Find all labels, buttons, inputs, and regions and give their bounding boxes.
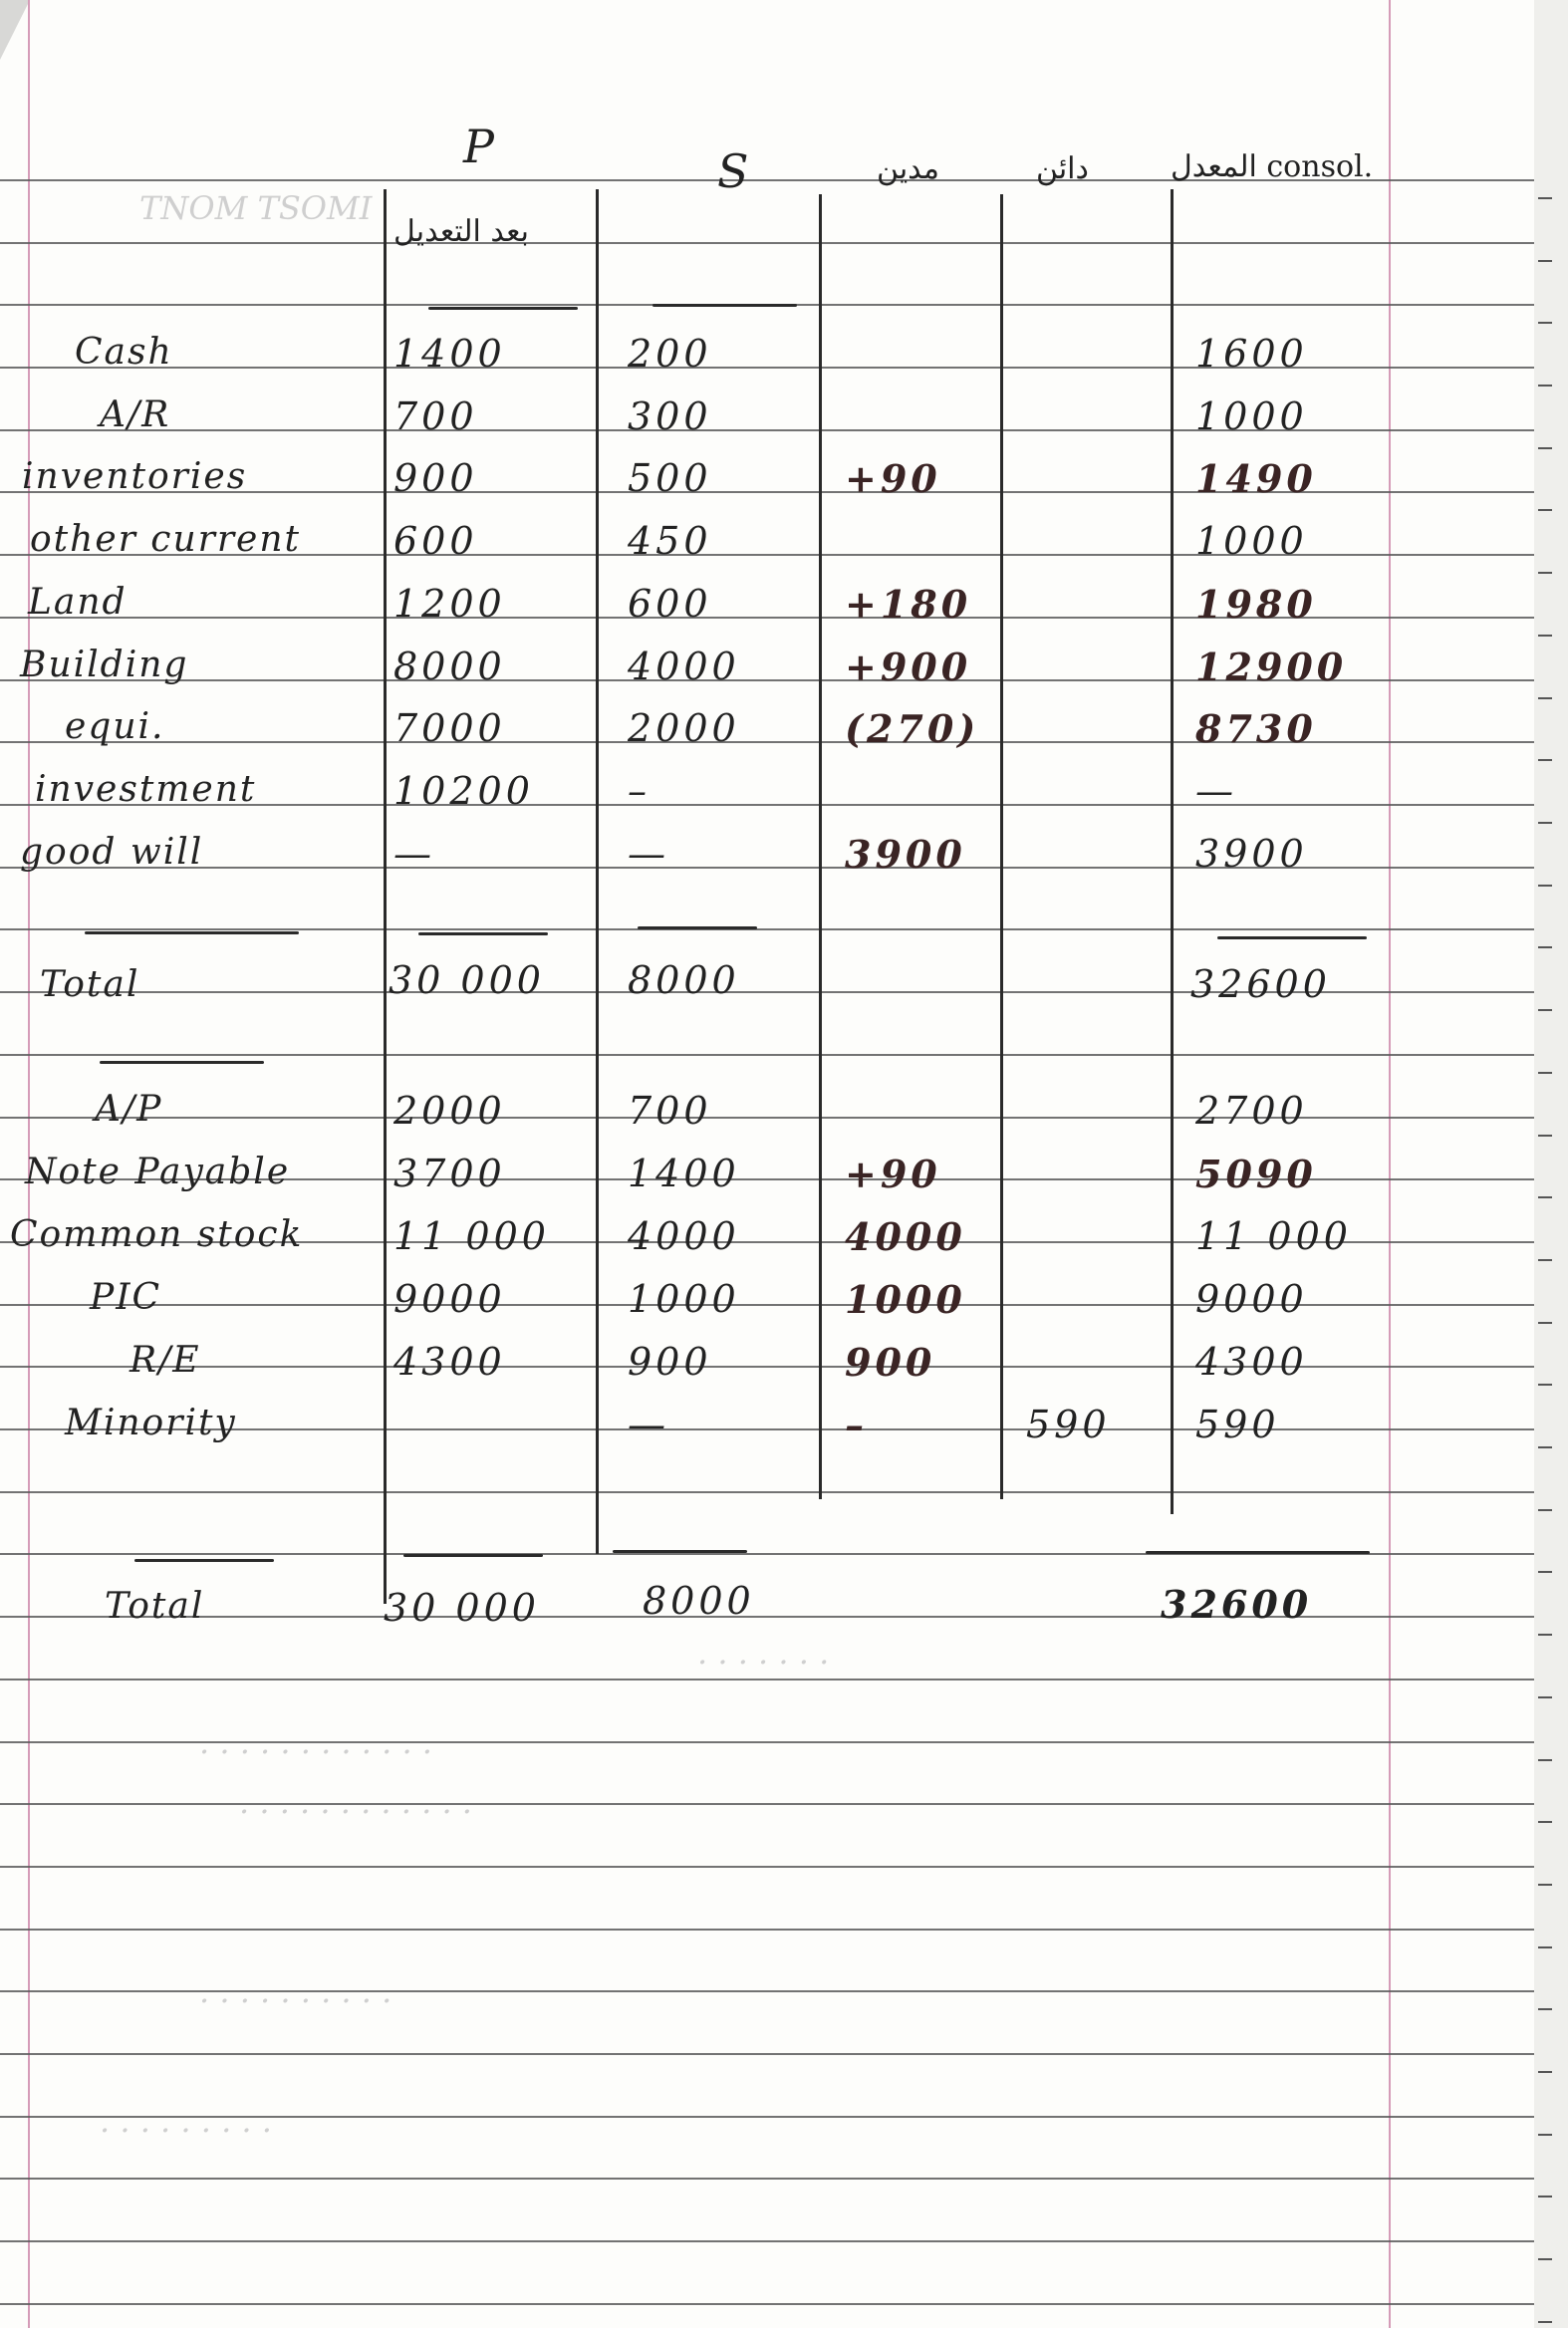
consolidated-value: 1000: [1195, 394, 1308, 438]
show-through-text: TNOM TSOMI: [139, 189, 372, 227]
column-divider: [819, 194, 822, 1499]
edge-tick: [1538, 1135, 1552, 1137]
right-margin-line: [1389, 0, 1391, 2328]
edge-tick: [1538, 697, 1552, 699]
total-underline: [134, 1559, 274, 1562]
liabilities-total-parent: 30 000: [384, 1586, 540, 1630]
row-label: equi.: [65, 706, 165, 747]
edge-tick: [1538, 2134, 1552, 2136]
edge-tick: [1538, 946, 1552, 948]
header-underline: [653, 304, 797, 307]
subsidiary-value: 500: [628, 456, 712, 500]
show-through-text: . . . . . . . . . . . .: [239, 1783, 472, 1821]
adjustment-debit: –: [845, 1403, 868, 1447]
consolidated-value: 1980: [1195, 582, 1317, 627]
subsidiary-value: 1400: [628, 1152, 740, 1195]
edge-tick: [1538, 1571, 1552, 1573]
edge-tick: [1538, 822, 1552, 824]
adjustment-debit: 4000: [845, 1214, 966, 1259]
consolidated-value: 1490: [1195, 456, 1317, 501]
header-consolidated: المعدل consol.: [1171, 149, 1373, 184]
column-divider: [384, 189, 387, 1604]
page-corner-fold: [0, 0, 30, 60]
parent-value: 7000: [393, 706, 506, 750]
header-parent-sub: بعد التعديل: [393, 214, 529, 249]
adjustment-credit: 590: [1026, 1403, 1111, 1446]
total-underline: [1217, 936, 1367, 939]
ruled-line: [0, 1803, 1534, 1805]
edge-tick: [1538, 1322, 1552, 1324]
edge-tick: [1538, 1946, 1552, 1948]
column-divider: [1171, 189, 1174, 1514]
column-divider: [596, 189, 599, 1554]
ruled-line: [0, 1929, 1534, 1931]
edge-tick: [1538, 1884, 1552, 1886]
subsidiary-value: 1000: [628, 1277, 740, 1321]
consolidated-value: 590: [1195, 1403, 1280, 1446]
ruled-line: [0, 928, 1534, 930]
subsidiary-value: 200: [628, 332, 712, 376]
consolidated-value: 8730: [1195, 706, 1317, 751]
assets-total-consolidated: 32600: [1190, 962, 1331, 1006]
edge-tick: [1538, 2008, 1552, 2010]
subsidiary-value: —: [628, 832, 669, 876]
edge-tick: [1538, 1072, 1552, 1074]
subsidiary-value: 4000: [628, 1214, 740, 1258]
consolidated-value: 1000: [1195, 519, 1308, 563]
edge-tick: [1538, 635, 1552, 637]
header-underline: [428, 307, 578, 310]
total-underline: [418, 932, 548, 935]
edge-tick: [1538, 1384, 1552, 1386]
ruled-line: [0, 1679, 1534, 1681]
parent-value: 600: [393, 519, 478, 563]
edge-tick: [1538, 1759, 1552, 1761]
subsidiary-value: 300: [628, 394, 712, 438]
edge-tick: [1538, 385, 1552, 387]
ruled-line: [0, 1054, 1534, 1056]
edge-tick: [1538, 1196, 1552, 1198]
consolidated-value: 4300: [1195, 1340, 1308, 1384]
liabilities-total-label: Total: [105, 1586, 204, 1627]
row-label: PIC: [90, 1277, 161, 1318]
parent-value: 700: [393, 394, 478, 438]
edge-tick: [1538, 572, 1552, 574]
edge-tick: [1538, 1009, 1552, 1011]
total-underline: [85, 931, 299, 934]
section-underline: [100, 1061, 264, 1064]
notebook-page: TNOM TSOMI . . . . . . . . . . . . . . .…: [0, 0, 1534, 2328]
assets-total-subsidiary: 8000: [628, 958, 740, 1002]
ruled-line: [0, 1866, 1534, 1868]
consolidated-value: 5090: [1195, 1152, 1317, 1196]
consolidated-value: 12900: [1195, 645, 1347, 689]
row-label: Minority: [65, 1403, 237, 1443]
edge-tick: [1538, 447, 1552, 449]
edge-tick: [1538, 2196, 1552, 2198]
header-adjustments-credit: دائن: [1036, 151, 1089, 186]
row-label: inventories: [22, 456, 247, 497]
parent-value: 2000: [393, 1089, 506, 1133]
parent-value: 1400: [393, 332, 506, 376]
row-label: R/E: [130, 1340, 201, 1381]
consolidated-value: —: [1195, 769, 1237, 813]
column-divider: [1000, 194, 1003, 1499]
parent-value: 9000: [393, 1277, 506, 1321]
show-through-text: . . . . . . . . .: [100, 2102, 272, 2140]
subsidiary-value: 450: [628, 519, 712, 563]
subsidiary-value: 700: [628, 1089, 712, 1133]
row-label: A/P: [95, 1089, 162, 1130]
parent-value: 8000: [393, 645, 506, 688]
edge-tick: [1538, 2321, 1552, 2323]
total-underline: [613, 1550, 747, 1553]
ruled-line: [0, 1491, 1534, 1493]
edge-tick: [1538, 759, 1552, 761]
edge-tick: [1538, 1259, 1552, 1261]
adjustment-debit: 1000: [845, 1277, 966, 1322]
edge-tick: [1538, 1509, 1552, 1511]
liabilities-total-subsidiary: 8000: [643, 1579, 755, 1623]
row-label: investment: [35, 769, 256, 810]
edge-tick: [1538, 197, 1552, 199]
show-through-text: . . . . . . . . . .: [199, 1972, 392, 2010]
ruled-line: [0, 242, 1534, 244]
edge-tick: [1538, 322, 1552, 324]
row-label: other current: [30, 519, 301, 560]
liabilities-total-consolidated: 32600: [1161, 1582, 1312, 1627]
total-underline: [638, 926, 757, 929]
adjustment-debit: +90: [845, 1152, 941, 1196]
ruled-line: [0, 2303, 1534, 2305]
edge-tick: [1538, 1696, 1552, 1698]
consolidated-value: 1600: [1195, 332, 1308, 376]
header-subsidiary: S: [717, 144, 753, 198]
subsidiary-value: 900: [628, 1340, 712, 1384]
ruled-line: [0, 2178, 1534, 2180]
adjustment-debit: 900: [845, 1340, 935, 1385]
show-through-text: . . . . . . .: [697, 1634, 829, 1672]
edge-tick: [1538, 1821, 1552, 1823]
subsidiary-value: –: [628, 769, 651, 813]
subsidiary-value: 600: [628, 582, 712, 626]
row-label: Land: [28, 582, 128, 623]
subsidiary-value: 4000: [628, 645, 740, 688]
adjustment-debit: (270): [845, 706, 979, 751]
header-parent: P: [463, 120, 498, 173]
edge-tick: [1538, 2071, 1552, 2073]
parent-value: 10200: [393, 769, 534, 813]
row-label: Cash: [75, 332, 173, 373]
header-adjustments-debit: مدين: [877, 151, 939, 186]
parent-value: —: [393, 832, 435, 876]
edge-tick: [1538, 260, 1552, 262]
ruled-line: [0, 2053, 1534, 2055]
subsidiary-value: —: [628, 1403, 669, 1446]
edge-tick: [1538, 2258, 1552, 2260]
parent-value: 4300: [393, 1340, 506, 1384]
adjustment-debit: 3900: [845, 832, 966, 877]
assets-total-parent: 30 000: [389, 958, 545, 1002]
consolidated-value: 11 000: [1195, 1214, 1352, 1258]
assets-total-label: Total: [40, 964, 139, 1005]
total-underline: [1146, 1551, 1370, 1554]
row-label: Common stock: [10, 1214, 303, 1255]
parent-value: 3700: [393, 1152, 506, 1195]
ruled-line: [0, 2240, 1534, 2242]
edge-tick: [1538, 509, 1552, 511]
total-underline: [403, 1554, 543, 1557]
row-label: Note Payable: [25, 1152, 290, 1192]
parent-value: 11 000: [393, 1214, 550, 1258]
row-label: Building: [20, 645, 188, 685]
consolidated-value: 9000: [1195, 1277, 1308, 1321]
adjustment-debit: +900: [845, 645, 971, 689]
consolidated-value: 2700: [1195, 1089, 1308, 1133]
edge-tick: [1538, 1634, 1552, 1636]
parent-value: 900: [393, 456, 478, 500]
edge-tick: [1538, 885, 1552, 887]
subsidiary-value: 2000: [628, 706, 740, 750]
edge-tick: [1538, 1446, 1552, 1448]
row-label: A/R: [100, 394, 170, 435]
show-through-text: . . . . . . . . . . . .: [199, 1723, 432, 1761]
parent-value: 1200: [393, 582, 506, 626]
consolidated-value: 3900: [1195, 832, 1308, 876]
adjustment-debit: +180: [845, 582, 971, 627]
row-label: good will: [20, 832, 203, 873]
adjustment-debit: +90: [845, 456, 941, 501]
page-edge: [1534, 0, 1568, 2328]
